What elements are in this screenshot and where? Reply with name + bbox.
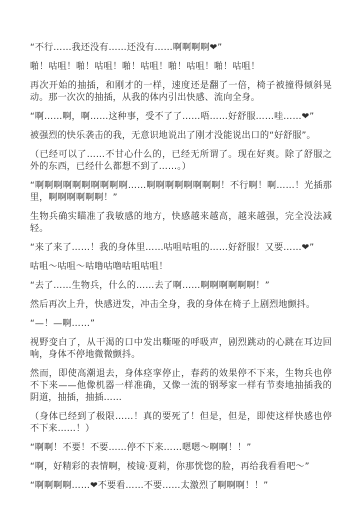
paragraph: 视野变白了，从干渴的口中发出嘶哑的呼吸声，剧烈跳动的心跳在耳边回响，身体不停地微…: [30, 337, 332, 361]
novel-reader-page: “不行……我还没有……还没有……啊啊啊啊❤”啪！咕咀！啪！咕咀！啪！咕咀！啪！咕…: [0, 0, 360, 509]
paragraph: “不行……我还没有……还没有……啊啊啊啊❤”: [30, 42, 332, 54]
text-content: “不行……我还没有……还没有……啊啊啊啊❤”啪！咕咀！啪！咕咀！啪！咕咀！啪！咕…: [30, 42, 332, 499]
paragraph: “啊……啊，啊……这种事，受不了了……唔……好舒服……哇……❤”: [30, 111, 332, 123]
paragraph: “啊啊啊啊啊啊啊啊啊啊……啊啊啊啊啊啊啊啊！不行啊！啊……！光插那里，啊啊啊啊啊…: [30, 180, 332, 204]
paragraph: 啪！咕咀！啪！咕咀！啪！咕咀！啪！咕咀！啪！咕咀！: [30, 61, 332, 73]
paragraph: 然后再次上升，快感迸发，冲击全身，我的身体在椅子上剧烈地颤抖。: [30, 299, 332, 311]
paragraph: “啊啊！不要！不要……停不下来……嗯嗯～啊啊！！”: [30, 442, 332, 454]
paragraph: 生物兵确实瞄准了我敏感的地方，快感越来越高，越来越强，完全没法减轻。: [30, 211, 332, 235]
paragraph: （已经可以了……不甘心什么的，已经无所谓了。现在好爽。除了舒服之外的东西，已经什…: [30, 149, 332, 173]
paragraph: “啊啊啊啊……❤不要看……不要……太激烈了啊啊啊！！”: [30, 480, 332, 492]
paragraph: 咕咀～咕咀～咕噜咕噜咕咀咕咀！: [30, 261, 332, 273]
paragraph: “—！—啊……”: [30, 318, 332, 330]
paragraph: （身体已经到了极限……！真的要死了！但是，但是，即使这样快感也停不下来……！）: [30, 411, 332, 435]
paragraph: 再次开始的抽插，和刚才的一样，速度还是翻了一倍，椅子被撞得倾斜晃动。那一次次的抽…: [30, 80, 332, 104]
paragraph: “去了……生物兵，什么的……去了啊……啊啊啊啊啊啊！”: [30, 280, 332, 292]
paragraph: “来了来了……！我的身体里……咕咀咕咀的……好舒服！又要……❤”: [30, 242, 332, 254]
paragraph: “啊，好精彩的表情啊，棱镜·夏莉，你那恍惚的脸，再给我看看吧～”: [30, 461, 332, 473]
paragraph: 然而，即使高潮退去，身体痉挛停止，春药的效果停不下来，生物兵也停不下来——他像机…: [30, 368, 332, 404]
paragraph: 被强烈的快乐袭击的我，无意识地说出了刚才没能说出口的“好舒服”。: [30, 130, 332, 142]
